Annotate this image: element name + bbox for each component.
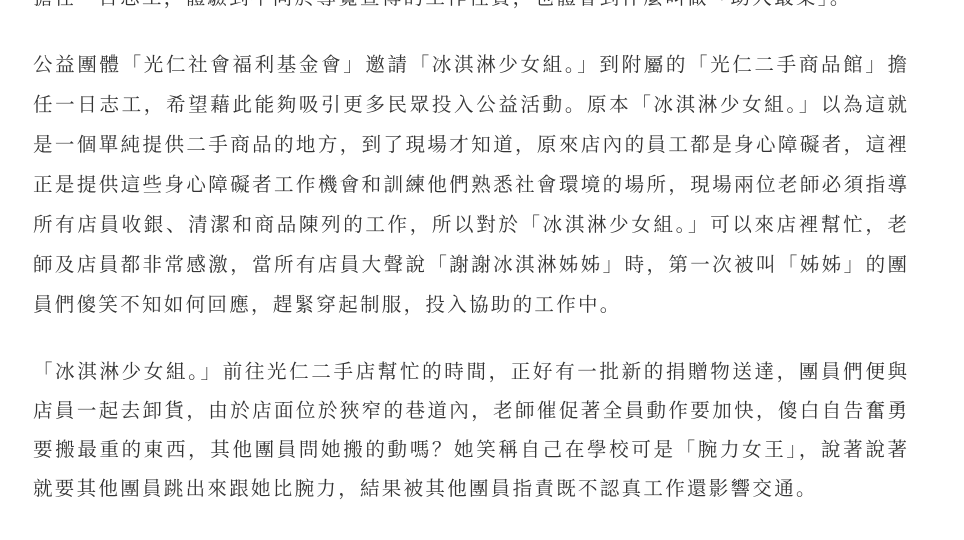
paragraph-line: 要搬最重的東西，其他團員問她搬的動嗎？她笑稱自己在學校可是「腕力女王」，說著說著: [33, 430, 907, 469]
paragraph-line: 擔任一日志工，體驗到不同於導覽宣傳的工作性質，也體會到什麼叫做「助人最樂」。: [33, 0, 907, 18]
paragraph-intro-tail: 擔任一日志工，體驗到不同於導覽宣傳的工作性質，也體會到什麼叫做「助人最樂」。: [33, 0, 907, 18]
paragraph-line: 公益團體「光仁社會福利基金會」邀請「冰淇淋少女組。」到附屬的「光仁二手商品館」擔: [33, 45, 907, 85]
paragraph-line: 師及店員都非常感激，當所有店員大聲說「謝謝冰淇淋姊姊」時，第一次被叫「姊姊」的團: [33, 245, 907, 285]
paragraph-line: 是一個單純提供二手商品的地方，到了現場才知道，原來店內的員工都是身心障礙者，這裡: [33, 125, 907, 165]
paragraph-volunteer-invitation: 公益團體「光仁社會福利基金會」邀請「冰淇淋少女組。」到附屬的「光仁二手商品館」擔…: [33, 45, 907, 325]
paragraph-line: 所有店員收銀、清潔和商品陳列的工作，所以對於「冰淇淋少女組。」可以來店裡幫忙，老: [33, 205, 907, 245]
paragraph-line: 店員一起去卸貨，由於店面位於狹窄的巷道內，老師催促著全員動作要加快，傻白自告奮勇: [33, 391, 907, 430]
paragraph-line: 就要其他團員跳出來跟她比腕力，結果被其他團員指責既不認真工作還影響交通。: [33, 469, 907, 508]
article-body: 擔任一日志工，體驗到不同於導覽宣傳的工作性質，也體會到什麼叫做「助人最樂」。 公…: [33, 0, 907, 535]
paragraph-line: 任一日志工，希望藉此能夠吸引更多民眾投入公益活動。原本「冰淇淋少女組。」以為這就: [33, 85, 907, 125]
paragraph-line: 員們傻笑不知如何回應，趕緊穿起制服，投入協助的工作中。: [33, 285, 907, 325]
paragraph-line: 「冰淇淋少女組。」前往光仁二手店幫忙的時間，正好有一批新的捐贈物送達，團員們便與: [33, 352, 907, 391]
paragraph-line: 正是提供這些身心障礙者工作機會和訓練他們熟悉社會環境的場所，現場兩位老師必須指導: [33, 165, 907, 205]
paragraph-unloading-story: 「冰淇淋少女組。」前往光仁二手店幫忙的時間，正好有一批新的捐贈物送達，團員們便與…: [33, 352, 907, 508]
